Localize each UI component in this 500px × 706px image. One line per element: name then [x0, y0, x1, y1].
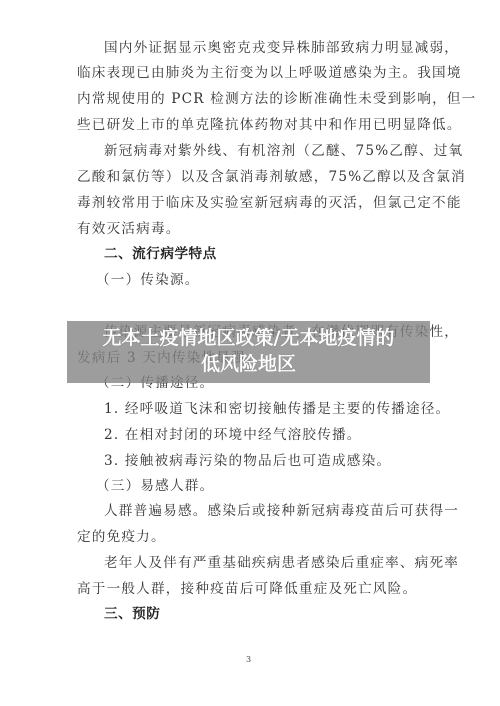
paragraph-line: 定的免疫力。	[77, 529, 437, 545]
paragraph-line: 内常规使用的 PCR 检测方法的诊断准确性未受到影响，但一	[77, 91, 437, 107]
list-item: 2. 在相对封闭的环境中经气溶胶传播。	[104, 427, 464, 443]
subsection-heading: （一）传染源。	[96, 272, 456, 288]
paragraph-line: 有效灭活病毒。	[77, 221, 437, 237]
subsection-heading: （三）易感人群。	[96, 478, 456, 494]
banner-title-line-1: 无本土疫情地区政策/无本地疫情的	[67, 325, 430, 351]
paragraph-line: 新冠病毒对紫外线、有机溶剂（乙醚、75%乙醇、过氧	[104, 143, 464, 159]
paragraph-line: 乙酸和氯仿等）以及含氯消毒剂敏感，75%乙醇以及含氯消	[77, 169, 437, 185]
paragraph-line: 毒剂较常用于临床及实验室新冠病毒的灭活，但氯己定不能	[77, 195, 437, 211]
paragraph-line: 些已研发上市的单克隆抗体药物对其中和作用已明显降低。	[77, 117, 437, 133]
paragraph-line: 高于一般人群，接种疫苗后可降低重症及死亡风险。	[77, 581, 437, 597]
paragraph-line: 国内外证据显示奥密克戎变异株肺部致病力明显减弱，	[104, 40, 464, 56]
list-item: 3. 接触被病毒污染的物品后也可造成感染。	[104, 453, 464, 469]
paragraph-line: 临床表现已由肺炎为主衍变为以上呼吸道感染为主。我国境	[77, 65, 437, 81]
banner-title-line-2: 低风险地区	[67, 351, 430, 377]
list-item: 1. 经呼吸道飞沫和密切接触传播是主要的传播途径。	[104, 401, 464, 417]
paragraph-line: 人群普遍易感。感染后或接种新冠病毒疫苗后可获得一	[104, 503, 464, 519]
paragraph-line: 老年人及伴有严重基础疾病患者感染后重症率、病死率	[104, 555, 464, 571]
section-heading: 二、流行病学特点	[104, 246, 464, 262]
section-heading: 三、预防	[104, 606, 464, 622]
banner-title: 无本土疫情地区政策/无本地疫情的 低风险地区	[67, 321, 430, 377]
page-number: 3	[246, 655, 251, 664]
